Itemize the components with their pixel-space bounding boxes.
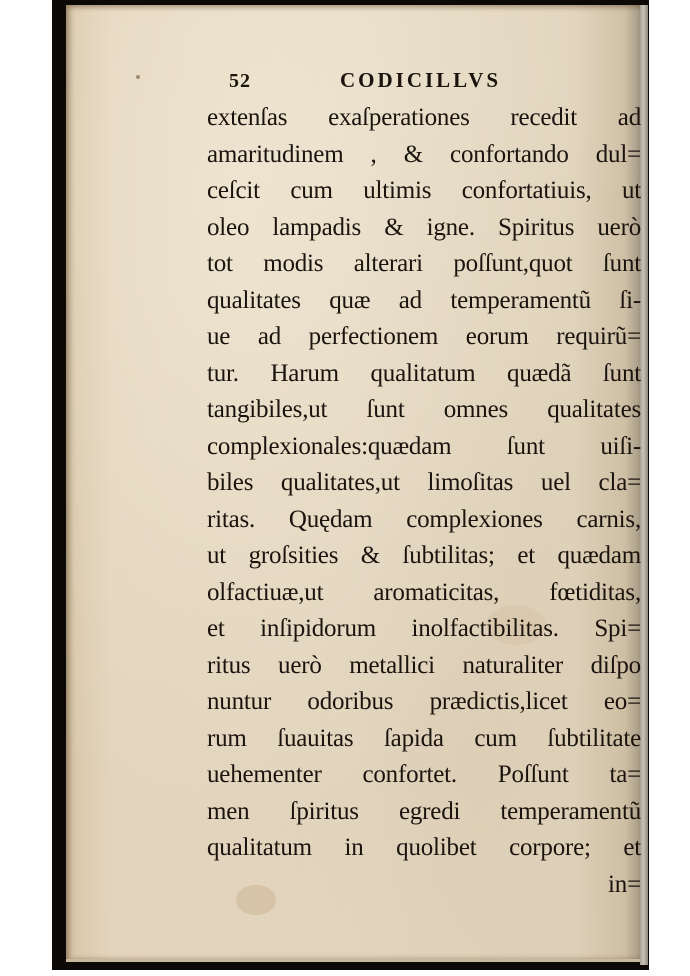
page-number: 52 — [229, 70, 251, 93]
text-line: qualitatum in quolibet corpore; et — [207, 830, 643, 867]
text-line: qualitates quæ ad temperamentũ ſi- — [207, 283, 643, 320]
text-line: tot modis alterari poſſunt,quot ſunt — [207, 246, 643, 283]
paper-stain — [136, 75, 140, 79]
text-line: oleo lampadis & igne. Spiritus uerò — [207, 210, 643, 247]
text-line: ceſcit cum ultimis confortatiuis, ut — [207, 173, 643, 210]
running-title: CODICILLVS — [340, 68, 501, 93]
text-line: rum ſuauitas ſapida cum ſubtilitate — [207, 721, 643, 758]
text-line: ue ad perfectionem eorum requirũ= — [207, 319, 643, 356]
text-line: nuntur odoribus prædictis,licet eo= — [207, 684, 643, 721]
text-line: ut groſsities & ſubtilitas; et quædam — [207, 538, 643, 575]
text-line: amaritudinem , & confortando dul= — [207, 137, 643, 174]
text-line: men ſpiritus egredi temperamentũ — [207, 794, 643, 831]
page-header: 52 CODICILLVS — [207, 64, 643, 100]
text-line: tangibiles,ut ſunt omnes qualitates — [207, 392, 643, 429]
text-line: biles qualitates,ut limoſitas uel cla= — [207, 465, 643, 502]
catchword: in= — [207, 867, 643, 904]
text-line: ritus uerò metallici naturaliter diſpo — [207, 648, 643, 685]
page-text: 52 CODICILLVS extenſas exaſperationes re… — [207, 64, 643, 903]
text-line: et inſipidorum inolfactibilitas. Spi= — [207, 611, 643, 648]
text-line: ritas. Quędam complexiones carnis, — [207, 502, 643, 539]
text-line: complexionales:quædam ſunt uiſi- — [207, 429, 643, 466]
text-line: uehementer confortet. Poſſunt ta= — [207, 757, 643, 794]
text-line: extenſas exaſperationes recedit ad — [207, 100, 643, 137]
text-line: olfactiuæ,ut aromaticitas, fœtiditas, — [207, 575, 643, 612]
text-line: tur. Harum qualitatum quædã ſunt — [207, 356, 643, 393]
